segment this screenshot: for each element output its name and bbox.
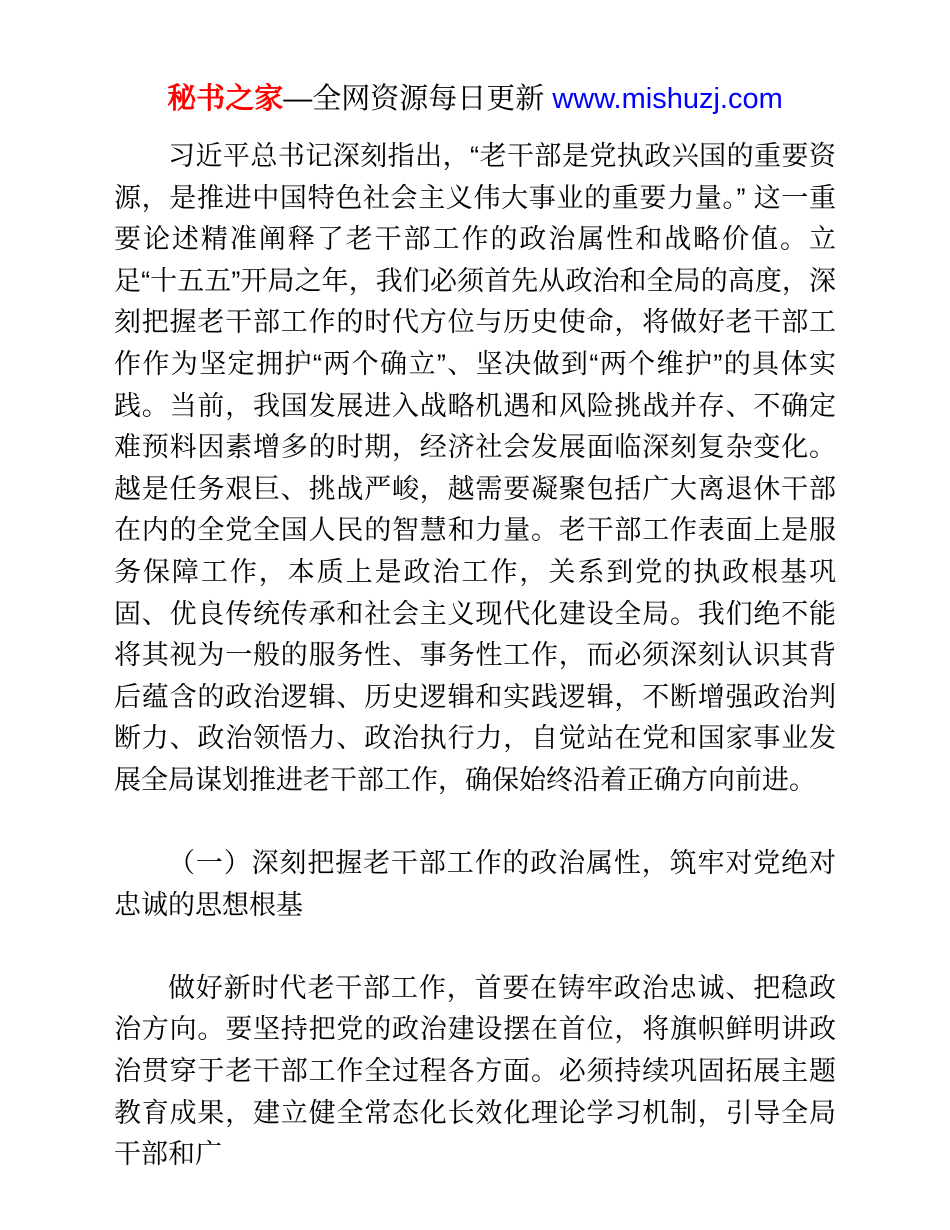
document-page: 秘书之家—全网资源每日更新 www.mishuzj.com 习近平总书记深刻指出… (0, 0, 950, 1230)
section-heading-one: （一）深刻把握老干部工作的政治属性，筑牢对党绝对忠诚的思想根基 (114, 843, 836, 926)
paragraph-section-one-body: 做好新时代老干部工作，首要在铸牢政治忠诚、把稳政治方向。要坚持把党的政治建设摆在… (114, 968, 836, 1176)
site-url-link[interactable]: www.mishuzj.com (552, 83, 782, 115)
site-header: 秘书之家—全网资源每日更新 www.mishuzj.com (114, 82, 836, 116)
document-body: 习近平总书记深刻指出，“老干部是党执政兴国的重要资源，是推进中国特色社会主义伟大… (114, 136, 836, 1176)
site-name: 秘书之家 (167, 83, 283, 115)
site-tagline: —全网资源每日更新 (283, 83, 552, 115)
paragraph-intro: 习近平总书记深刻指出，“老干部是党执政兴国的重要资源，是推进中国特色社会主义伟大… (114, 136, 836, 802)
